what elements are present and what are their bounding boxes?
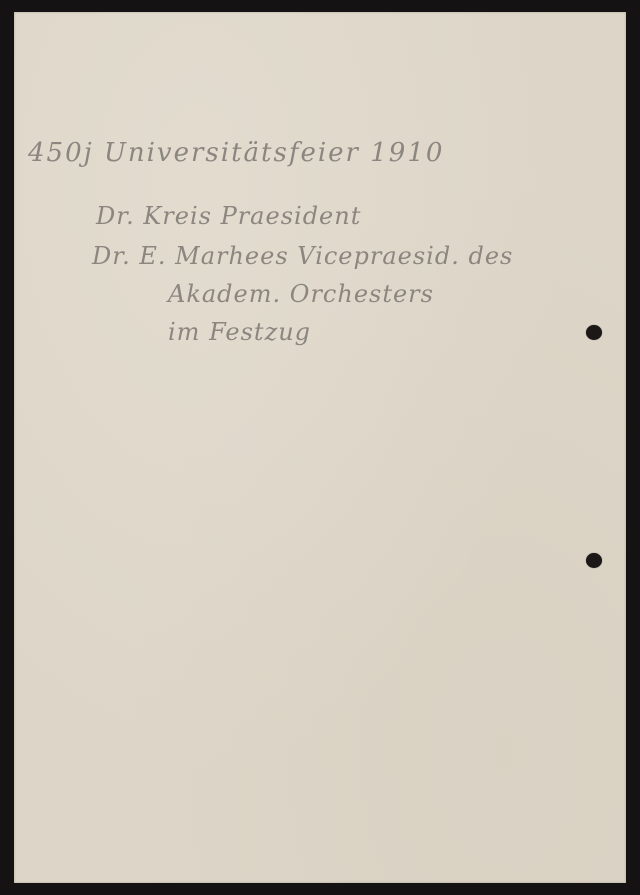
handwritten-line-procession: im Festzug (168, 320, 311, 344)
heading-line: 450j Universitätsfeier 1910 (28, 140, 444, 166)
punch-hole-icon (586, 553, 602, 568)
punch-hole-icon (586, 325, 602, 340)
scan-frame: 450j Universitätsfeier 1910 Dr. Kreis Pr… (0, 0, 640, 895)
handwritten-line-president: Dr. Kreis Praesident (96, 204, 361, 228)
handwritten-line-orchestra: Akadem. Orchesters (168, 282, 434, 306)
handwritten-line-vicepresident: Dr. E. Marhees Vicepraesid. des (92, 244, 513, 268)
index-card-paper: 450j Universitätsfeier 1910 Dr. Kreis Pr… (14, 12, 626, 883)
